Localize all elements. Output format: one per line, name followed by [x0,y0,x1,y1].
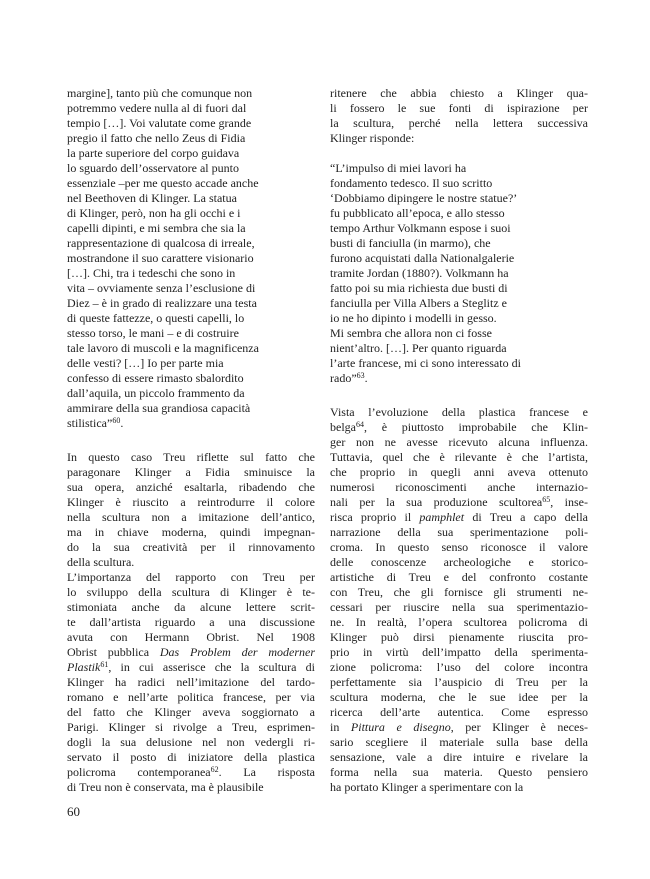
text-line: sensazione, vale a dire intuire e rivela… [330,750,588,765]
text-line: tramite Jordan (1880?). Volkmann ha [330,266,588,281]
text-line: Klinger è riuscito a reintrodurre il col… [67,495,315,510]
text-line: L’importanza del rapporto con Treu per [67,570,315,585]
text-line: Klinger risponde: [330,131,588,146]
text-line: Plastik61, in cui asserisce che la scult… [67,660,315,675]
text-line: la parte superiore del corpo guidava [67,146,315,161]
text-line: […]. Chi, tra i tedeschi che sono in [67,266,315,281]
text-line: sario scegliere il materiale sulla base … [330,735,588,750]
text-line: romano e nell’arte politica francese, pe… [67,690,315,705]
text-line: prio in virtù dell’impatto della sperime… [330,645,588,660]
right-column: ritenere che abbia chiesto a Klinger qua… [330,86,588,795]
text-line: di queste fattezze, o questi capelli, lo [67,311,315,326]
text-line: potremmo vedere nulla al di fuori dal [67,101,315,116]
text-line: essenziale –per me questo accade anche [67,176,315,191]
text-line: Parigi. Klinger si rivolge a Treu, espri… [67,720,315,735]
paragraph: In questo caso Treu riflette sul fatto c… [67,450,315,570]
text-line: ritenere che abbia chiesto a Klinger qua… [330,86,588,101]
text-line: belga64, è piuttosto improbabile che Kli… [330,420,588,435]
text-line: busti di fanciulla (in marmo), che [330,236,588,251]
text-line: croma. In questo senso riconosce il valo… [330,540,588,555]
text-line: nel Beethoven di Klinger. La statua [67,191,315,206]
text-line: stesso torso, le mani – e di costruire [67,326,315,341]
paragraph: Vista l’evoluzione della plastica france… [330,405,588,795]
text-line: cessari per riuscire nella sua speriment… [330,600,588,615]
text-line: fanciulla per Villa Albers a Steglitz e [330,296,588,311]
text-line: in Pittura e disegno, per Klinger è nece… [330,720,588,735]
text-line: ha portato Klinger a sperimentare con la [330,780,588,795]
text-line: stimoniata anche da alcune lettere scrit… [67,600,315,615]
left-column: margine], tanto più che comunque nonpotr… [67,86,315,795]
text-line: furono acquistati dalla Nationalgalerie [330,251,588,266]
text-line: artistiche di Treu e del confronto costa… [330,570,588,585]
text-line: do la sua creatività per il rinnovamento [67,540,315,555]
text-line: avuta con Hermann Obrist. Nel 1908 [67,630,315,645]
text-line: pregio il fatto che nello Zeus di Fidia [67,131,315,146]
text-line: numerosi riconoscimenti anche internazio… [330,480,588,495]
text-line: nient’altro. […]. Per quanto riguarda [330,341,588,356]
text-line: ma in chiave moderna, quindi impegnan- [67,525,315,540]
text-line: ne. In realtà, l’opera scultorea policro… [330,615,588,630]
text-line: mostrandone il suo carattere visionario [67,251,315,266]
text-line: con Treu, che gli fornisce gli strumenti… [330,585,588,600]
text-line: di Treu non è conservata, ma è plausibil… [67,780,315,795]
text-line: ‘Dobbiamo dipingere le nostre statue?’ [330,191,588,206]
paragraph: ritenere che abbia chiesto a Klinger qua… [330,86,588,146]
text-line: confesso di essere rimasto sbalordito [67,371,315,386]
text-line: Mi sembra che allora non ci fosse [330,326,588,341]
text-line: narrazione della sua sperimentazione pol… [330,525,588,540]
text-line: paragonare Klinger a Fidia sminuisce la [67,465,315,480]
text-line: di Klinger, però, non ha gli occhi e i [67,206,315,221]
text-line: scultura moderna, che le sue idee per la [330,690,588,705]
text-line: servato il posto di iniziatore della pla… [67,750,315,765]
text-line: “L’impulso di miei lavori ha [330,161,588,176]
text-line: forma nella sua materia. Questo pensiero [330,765,588,780]
book-page: margine], tanto più che comunque nonpotr… [0,0,650,879]
text-line: ammirare della sua grandiosa capacità [67,401,315,416]
text-line: Diez – è in grado di realizzare una test… [67,296,315,311]
text-line: io ne ho dipinto i modelli in gesso. [330,311,588,326]
quote-block: “L’impulso di miei lavori hafondamento t… [330,161,588,386]
text-line: nali per la sua produzione scultorea65, … [330,495,588,510]
text-line: margine], tanto più che comunque non [67,86,315,101]
text-line: la scultura, perché nella lettera succes… [330,116,588,131]
text-line: Vista l’evoluzione della plastica france… [330,405,588,420]
quote-block: margine], tanto più che comunque nonpotr… [67,86,315,431]
text-line: sua opera, anziché esaltarla, ribadendo … [67,480,315,495]
text-line: rado”63. [330,371,588,386]
text-line: lo sviluppo della scultura di Klinger è … [67,585,315,600]
text-line: capelli dipinti, e mi sembra che sia la [67,221,315,236]
text-line: tale lavoro di muscoli e la magnificenza [67,341,315,356]
paragraph: L’importanza del rapporto con Treu perlo… [67,570,315,795]
text-line: che proprio in quegli anni aveva ottenut… [330,465,588,480]
text-line: lo sguardo dell’osservatore al punto [67,161,315,176]
text-line: Obrist pubblica Das Problem der moderner [67,645,315,660]
text-line: delle conoscenze archeologiche e storico… [330,555,588,570]
text-line: rappresentazione di qualcosa di irreale, [67,236,315,251]
text-line: In questo caso Treu riflette sul fatto c… [67,450,315,465]
text-line: dall’aquila, un piccolo frammento da [67,386,315,401]
text-line: delle vesti? […] Io per parte mia [67,356,315,371]
text-line: ger non ne avesse ricevuto alcuna influe… [330,435,588,450]
text-line: fu pubblicato all’epoca, e allo stesso [330,206,588,221]
text-line: nella scultura non a imitazione dell’ant… [67,510,315,525]
text-line: dogli la sua delusione nel non vedergli … [67,735,315,750]
text-line: te dall’artista riguardo a una discussio… [67,615,315,630]
text-line: fondamento tedesco. Il suo scritto [330,176,588,191]
text-line: della scultura. [67,555,315,570]
text-line: tempo Arthur Volkmann espose i suoi [330,221,588,236]
text-line: del fatto che Klinger aveva soggiornato … [67,705,315,720]
text-line: li fossero le sue fonti di ispirazione p… [330,101,588,116]
text-line: tempio […]. Voi valutate come grande [67,116,315,131]
text-line: zione policroma: l’uso del colore incont… [330,660,588,675]
text-line: policroma contemporanea62. La risposta [67,765,315,780]
text-line: l’arte francese, mi ci sono interessato … [330,356,588,371]
text-line: Klinger ha radici nell’imitazione del ta… [67,675,315,690]
text-line: perfettamente sia l’auspicio di Treu per… [330,675,588,690]
text-line: fatto poi su mia richiesta due busti di [330,281,588,296]
text-line: stilistica”60. [67,416,315,431]
text-columns: margine], tanto più che comunque nonpotr… [67,86,588,795]
text-line: risca proprio il pamphlet di Treu a capo… [330,510,588,525]
text-line: vita – ovviamente senza l’esclusione di [67,281,315,296]
text-line: Klinger può dirsi pienamente riuscita pr… [330,630,588,645]
text-line: ricerca dell’arte autentica. Come espres… [330,705,588,720]
text-line: Tuttavia, quel che è rilevante è che l’a… [330,450,588,465]
page-number: 60 [67,804,80,819]
